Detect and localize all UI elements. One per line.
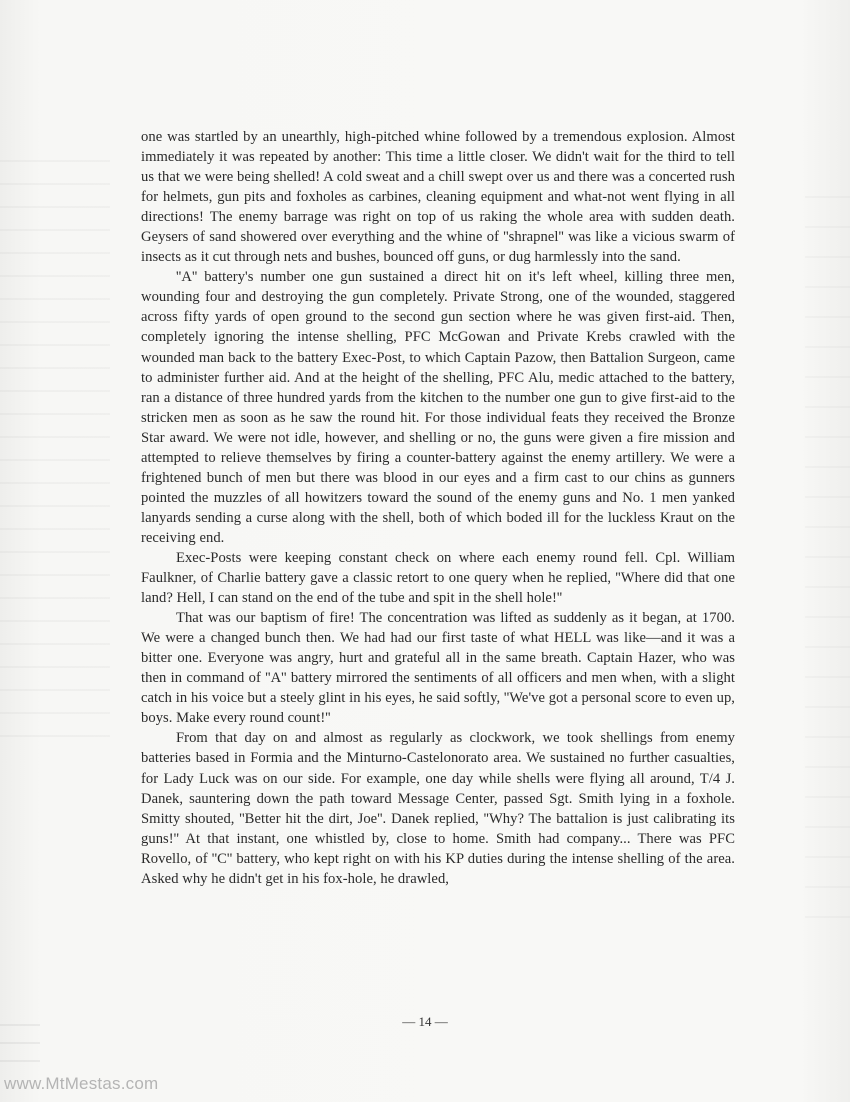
paragraph-continued: one was startled by an unearthly, high-p… (141, 127, 735, 267)
show-through-left (0, 150, 110, 750)
page-number: — 14 — (385, 1014, 465, 1030)
paragraph-a-battery-hit: ''A'' battery's number one gun sustained… (141, 267, 735, 548)
paragraph-baptism-of-fire: That was our baptism of fire! The concen… (141, 608, 735, 728)
body-text: one was startled by an unearthly, high-p… (141, 127, 735, 889)
scanned-page: one was startled by an unearthly, high-p… (0, 0, 850, 1102)
margin-marks (0, 1012, 40, 1072)
paragraph-shellings: From that day on and almost as regularly… (141, 728, 735, 888)
show-through-right (805, 180, 850, 920)
watermark: www.MtMestas.com (4, 1074, 158, 1094)
paragraph-exec-posts: Exec-Posts were keeping constant check o… (141, 548, 735, 608)
